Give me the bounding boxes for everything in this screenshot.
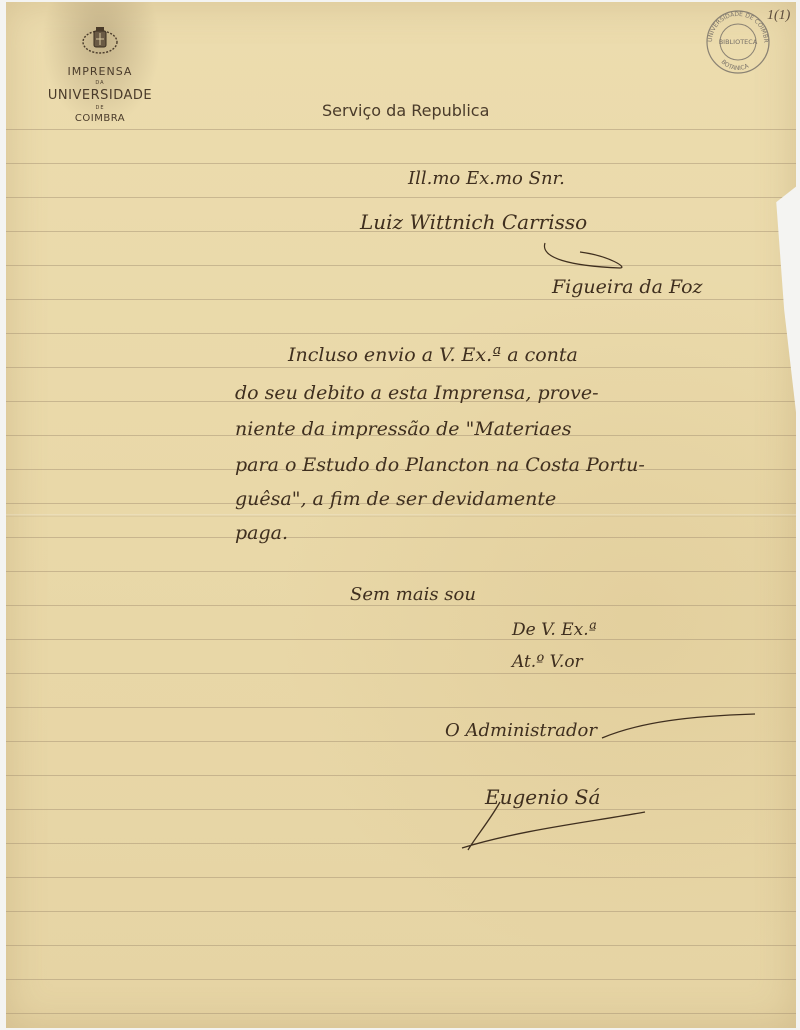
ruled-line [6, 367, 796, 368]
ruled-line [6, 605, 796, 606]
ruled-line [6, 197, 796, 198]
ruled-line [6, 1013, 796, 1014]
ruled-line [6, 809, 796, 810]
ruled-line [6, 979, 796, 980]
body-line: paga. [235, 522, 288, 544]
ruled-line [6, 673, 796, 674]
paper-fold [6, 514, 796, 517]
ruled-line [6, 911, 796, 912]
ruled-line [6, 265, 796, 266]
ruled-line [6, 707, 796, 708]
letterhead-line3: COIMBRA [30, 113, 170, 124]
salutation: Ill.mo Ex.mo Snr. [408, 168, 565, 189]
ruled-line [6, 299, 796, 300]
letterhead-small2: DE [30, 105, 170, 111]
recipient-name: Luiz Wittnich Carrisso [360, 210, 587, 234]
letterhead-line1: IMPRENSA [30, 65, 170, 78]
closing-line: De V. Ex.ª [512, 620, 597, 640]
folio-mark: 1(1) [767, 8, 790, 24]
ruled-line [6, 571, 796, 572]
ruled-line [6, 537, 796, 538]
letterhead-line2: UNIVERSIDADE [30, 88, 170, 103]
stamp-center-text: BIBLIOTECA [719, 38, 758, 46]
ruled-line [6, 945, 796, 946]
ruled-line [6, 163, 796, 164]
closing-line: Sem mais sou [350, 584, 476, 605]
body-line: Incluso envio a V. Ex.ª a conta [288, 344, 578, 366]
body-line: para o Estudo do Plancton na Costa Portu… [235, 454, 645, 476]
letterhead-small1: DA [30, 80, 170, 86]
library-stamp-icon: UNIVERSIDADE DE COIMBRA BIBLIOTECA BOTAN… [704, 8, 772, 76]
ruled-line [6, 129, 796, 130]
service-heading: Serviço da Republica [322, 101, 489, 120]
body-line: guêsa", a fim de ser devidamente [235, 488, 556, 510]
signatory-role: O Administrador [445, 720, 597, 741]
ruled-line [6, 639, 796, 640]
name-flourish-icon [540, 238, 630, 274]
signature-flourish-icon [460, 800, 650, 855]
letter-sheet [6, 2, 796, 1028]
ruled-line [6, 775, 796, 776]
ruled-line [6, 877, 796, 878]
body-line: niente da impressão de "Materiaes [235, 418, 571, 440]
ruled-line [6, 843, 796, 844]
recipient-place: Figueira da Foz [552, 276, 703, 298]
letterhead: IMPRENSA DA UNIVERSIDADE DE COIMBRA [30, 25, 170, 124]
coat-of-arms-icon [80, 25, 120, 57]
role-flourish-icon [600, 712, 760, 742]
body-line: do seu debito a esta Imprensa, prove- [235, 382, 599, 404]
ruled-line [6, 333, 796, 334]
closing-line: At.º V.or [512, 652, 583, 672]
